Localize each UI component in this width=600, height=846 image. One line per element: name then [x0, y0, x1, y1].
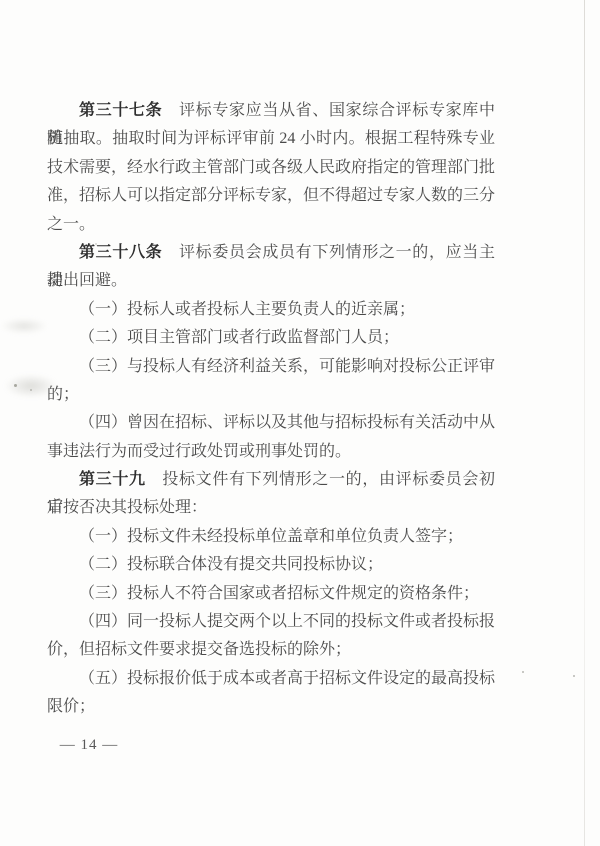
text-line: 机抽取。抽取时间为评标评审前 24 小时内。根据工程特殊专业: [47, 125, 495, 153]
line-text: （四）曾因在招标、评标以及其他与招标投标有关活动中从: [79, 414, 495, 431]
line-text: 事违法行为而受过行政处罚或刑事处罚的。: [47, 443, 351, 460]
text-line: （五）投标报价低于成本或者高于招标文件设定的最高投标: [47, 665, 495, 693]
scan-smudge: [4, 374, 58, 398]
text-line: （一）投标人或者投标人主要负责人的近亲属；: [47, 296, 495, 324]
document-page: 第三十七条 评标专家应当从省、国家综合评标专家库中随 机抽取。抽取时间为评标评审…: [0, 0, 600, 846]
text-line: 第三十九 投标文件有下列情形之一的，由评标委员会初审: [47, 466, 495, 494]
text-line: （三）与投标人有经济利益关系，可能影响对投标公正评审: [47, 353, 495, 381]
scan-speck: [95, 243, 97, 245]
line-text: （二）投标联合体没有提交共同投标协议；: [79, 556, 383, 573]
article-number: 第三十八条: [79, 244, 162, 261]
line-text: 限价；: [47, 698, 95, 715]
line-text: （一）投标人或者投标人主要负责人的近亲属；: [79, 301, 415, 318]
article-number: 第三十七条: [79, 102, 162, 119]
scan-speck: [470, 420, 472, 422]
scan-speck: [573, 675, 575, 677]
text-line: （四）曾因在招标、评标以及其他与招标投标有关活动中从: [47, 409, 495, 437]
text-line: 技术需要，经水行政主管部门或各级人民政府指定的管理部门批: [47, 154, 495, 182]
text-line: 准，招标人可以指定部分评标专家，但不得超过专家人数的三分: [47, 182, 495, 210]
text-line: （二）投标联合体没有提交共同投标协议；: [47, 551, 495, 579]
line-text: （三）投标人不符合国家或者招标文件规定的资格条件；: [79, 585, 479, 602]
text-line: 之一。: [47, 211, 495, 239]
text-line: 第三十七条 评标专家应当从省、国家综合评标专家库中随: [47, 97, 495, 125]
line-text: 机抽取。抽取时间为评标评审前 24 小时内。根据工程特殊专业: [47, 130, 495, 147]
line-text: 技术需要，经水行政主管部门或各级人民政府指定的管理部门批: [47, 159, 495, 176]
document-body: 第三十七条 评标专家应当从省、国家综合评标专家库中随 机抽取。抽取时间为评标评审…: [47, 97, 495, 722]
text-line: 的；: [47, 381, 495, 409]
line-text: （四）同一投标人提交两个以上不同的投标文件或者投标报: [79, 613, 495, 630]
line-text: （一）投标文件未经投标单位盖章和单位负责人签字；: [79, 528, 463, 545]
scan-speck: [522, 671, 524, 673]
line-text: （二）项目主管部门或者行政监督部门人员；: [79, 329, 399, 346]
text-line: 事违法行为而受过行政处罚或刑事处罚的。: [47, 438, 495, 466]
scan-speck: [30, 389, 32, 391]
text-line: 提出回避。: [47, 267, 495, 295]
line-text: 价，但招标文件要求提交备选投标的除外；: [47, 641, 351, 658]
scan-edge-line: [584, 0, 585, 846]
line-text: 之一。: [47, 216, 95, 233]
text-line: 限价；: [47, 693, 495, 721]
text-line: （三）投标人不符合国家或者招标文件规定的资格条件；: [47, 580, 495, 608]
scan-smudge: [0, 318, 48, 334]
line-text: （三）与投标人有经济利益关系，可能影响对投标公正评审: [79, 358, 495, 375]
text-line: 后按否决其投标处理：: [47, 494, 495, 522]
text-line: 第三十八条 评标委员会成员有下列情形之一的，应当主动: [47, 239, 495, 267]
line-text: 准，招标人可以指定部分评标专家，但不得超过专家人数的三分: [47, 187, 495, 204]
text-line: （一）投标文件未经投标单位盖章和单位负责人签字；: [47, 523, 495, 551]
text-line: 价，但招标文件要求提交备选投标的除外；: [47, 636, 495, 664]
line-text: 提出回避。: [47, 272, 127, 289]
article-number: 第三十九: [79, 471, 146, 488]
text-line: （二）项目主管部门或者行政监督部门人员；: [47, 324, 495, 352]
line-text: （五）投标报价低于成本或者高于招标文件设定的最高投标: [79, 670, 495, 687]
page-number: — 14 —: [44, 737, 134, 754]
line-text: 后按否决其投标处理：: [47, 499, 207, 516]
scan-speck: [14, 384, 17, 387]
text-line: （四）同一投标人提交两个以上不同的投标文件或者投标报: [47, 608, 495, 636]
